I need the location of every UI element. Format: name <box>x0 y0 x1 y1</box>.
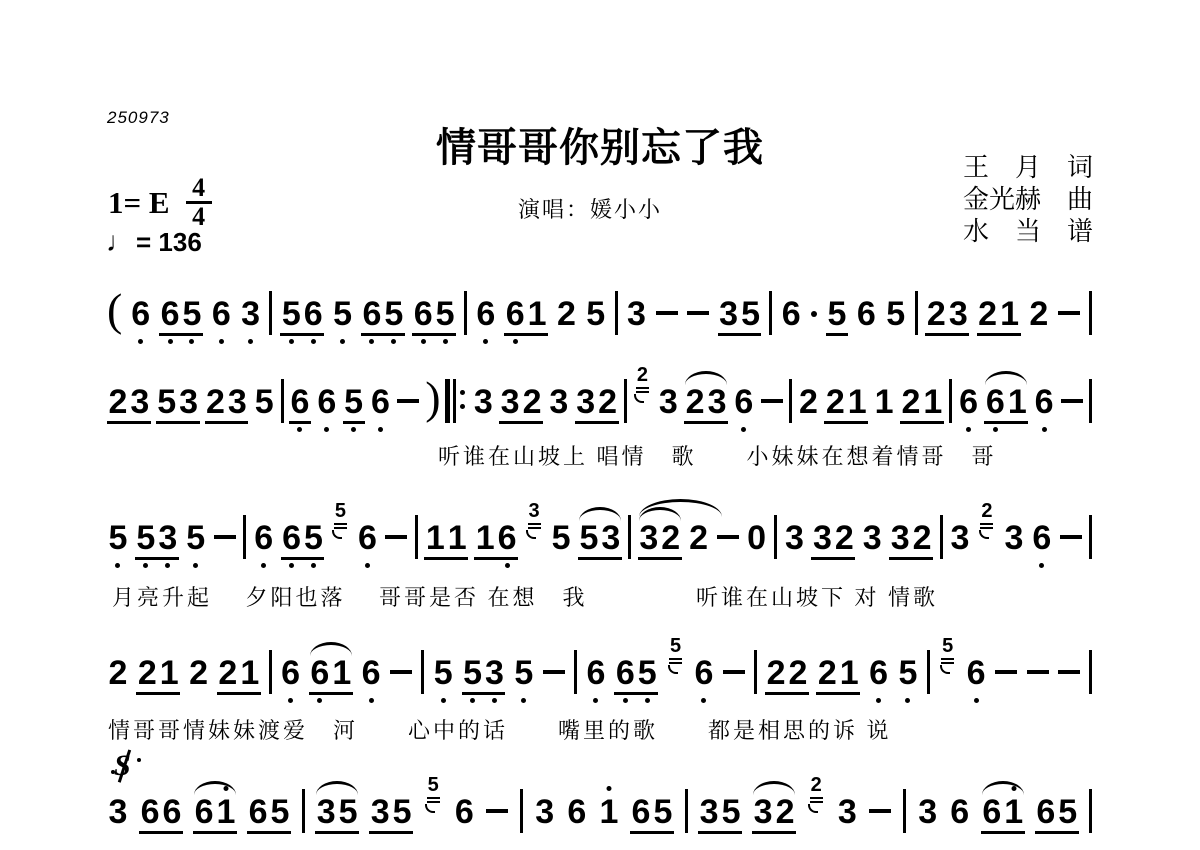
barline <box>280 368 284 434</box>
note-group: 32 <box>499 368 543 434</box>
note: 3 <box>949 504 971 570</box>
octave-dot-below <box>289 339 294 344</box>
barline <box>624 368 628 434</box>
lyrics-line-2: 月亮升起 夕阳也落 哥哥是否 在想 我 听谁在山坡下 对 情歌 <box>112 581 938 612</box>
dash-extension <box>1060 368 1084 434</box>
note: 6 <box>1033 368 1055 434</box>
note: 6 <box>780 280 802 346</box>
octave-dot-below <box>505 563 510 568</box>
note-group: 32 <box>575 368 619 434</box>
note-group: 35 <box>718 280 762 346</box>
note: 5 <box>432 639 454 705</box>
octave-dot-below <box>365 563 370 568</box>
dash-extension <box>994 639 1018 705</box>
note: 6 <box>855 280 877 346</box>
note: 2 <box>107 639 129 705</box>
note-group: 65 <box>159 280 203 346</box>
note: 6 <box>210 280 232 346</box>
note: 6 <box>965 639 987 705</box>
rest: 0 <box>746 504 768 570</box>
note-group: 23 <box>107 368 151 434</box>
octave-dot-below <box>391 339 396 344</box>
octave-dot-below <box>701 698 706 703</box>
barline <box>574 639 578 705</box>
octave-dot-below <box>248 339 253 344</box>
note: 2 <box>188 639 210 705</box>
grace-note: 2 <box>977 504 997 570</box>
octave-dot-below <box>261 563 266 568</box>
note: 5 <box>332 280 354 346</box>
note: 3 <box>784 504 806 570</box>
octave-dot-below <box>1042 427 1047 432</box>
note: 6 <box>289 368 311 434</box>
note-group: 23 <box>925 280 969 346</box>
music-line-1: (66563565656566125335656523212 <box>106 280 1094 346</box>
octave-dot-below <box>168 339 173 344</box>
note-group: 35 <box>315 778 359 844</box>
note-group: 56 <box>280 280 324 346</box>
note-group: 32 <box>889 504 933 570</box>
note: 2 <box>1028 280 1050 346</box>
octave-dot-below <box>189 339 194 344</box>
note-group: 22 <box>765 639 809 705</box>
dash-extension <box>722 639 746 705</box>
note-group: 61 <box>193 778 237 844</box>
lyrics-line-3: 情哥哥情妹妹渡爱 河 心中的话 嘴里的歌 都是相思的诉 说 <box>108 714 892 745</box>
barline <box>914 280 918 346</box>
barline <box>628 504 632 570</box>
octave-dot-below <box>470 698 475 703</box>
grace-note: 5 <box>938 639 958 705</box>
note: 5 <box>897 639 919 705</box>
octave-dot-below <box>378 427 383 432</box>
note: 3 <box>917 778 939 844</box>
barline <box>684 778 688 844</box>
note-group: 21 <box>816 639 860 705</box>
octave-dot-below <box>219 339 224 344</box>
octave-dot-below <box>193 563 198 568</box>
credit-lyricist: 王 月 词 <box>963 152 1093 184</box>
note-group: 53 <box>462 639 506 705</box>
note-group: 21 <box>217 639 261 705</box>
note-group: 53 <box>135 504 179 570</box>
note-group: 21 <box>824 368 868 434</box>
barline <box>301 778 305 844</box>
augmentation-dot <box>810 280 819 346</box>
barline <box>769 280 773 346</box>
tempo-value: = 136 <box>136 227 202 258</box>
dash-extension <box>1026 639 1050 705</box>
octave-dot-below <box>1039 563 1044 568</box>
octave-dot-above <box>223 786 228 791</box>
note: 6 <box>453 778 475 844</box>
note: 6 <box>733 368 755 434</box>
grace-note: 5 <box>330 504 350 570</box>
octave-dot-below <box>143 563 148 568</box>
octave-dot-below <box>297 427 302 432</box>
octave-dot-below <box>369 339 374 344</box>
note: 5 <box>185 504 207 570</box>
octave-dot-below <box>165 563 170 568</box>
note-group: 65 <box>614 639 658 705</box>
barline <box>754 639 758 705</box>
segno-dot <box>111 770 115 774</box>
note: 3 <box>472 368 494 434</box>
note: 6 <box>130 280 152 346</box>
tempo-marking: ♩ = 136 <box>106 226 202 258</box>
note: 5 <box>885 280 907 346</box>
octave-dot-below <box>138 339 143 344</box>
barline <box>939 504 943 570</box>
note: 3 <box>626 280 648 346</box>
octave-dot-below <box>741 427 746 432</box>
note-group: 21 <box>900 368 944 434</box>
octave-dot-below <box>351 427 356 432</box>
performer: 演唱：媛小小 <box>0 193 1180 224</box>
note-group: 65 <box>247 778 291 844</box>
octave-dot-below <box>593 698 598 703</box>
music-line-2: 23532356656)332332232362211216616 <box>106 368 1094 434</box>
music-line-4: 221221661655356655622216556 <box>106 639 1094 705</box>
octave-dot-below <box>369 698 374 703</box>
note: 6 <box>475 280 497 346</box>
lyrics-line-1: 听谁在山坡上 唱情 歌 小妹妹在想着情哥 哥 <box>438 440 997 471</box>
grace-note: 2 <box>806 778 826 844</box>
note: 5 <box>343 368 365 434</box>
note-group: 23 <box>684 368 728 434</box>
note: 6 <box>316 368 338 434</box>
octave-dot-below <box>311 563 316 568</box>
dash-extension <box>716 504 740 570</box>
dash-extension <box>1057 639 1081 705</box>
note-group: 21 <box>977 280 1021 346</box>
open-paren: ( <box>107 280 122 346</box>
grace-note: 3 <box>524 504 544 570</box>
note: 1 <box>598 778 620 844</box>
note: 5 <box>107 504 129 570</box>
note-group: 53 <box>578 504 622 570</box>
dash-extension <box>396 368 420 434</box>
octave-dot-below <box>966 427 971 432</box>
barline <box>269 280 273 346</box>
octave-dot-below <box>317 698 322 703</box>
octave-dot-below <box>288 698 293 703</box>
barline <box>774 504 778 570</box>
note: 3 <box>240 280 262 346</box>
dash-extension <box>389 639 413 705</box>
grace-note: 5 <box>666 639 686 705</box>
octave-dot-below <box>645 698 650 703</box>
octave-dot-below <box>993 427 998 432</box>
barline <box>1089 280 1093 346</box>
octave-dot-below <box>905 698 910 703</box>
barline <box>1089 504 1093 570</box>
note-group: 65 <box>361 280 405 346</box>
note: 6 <box>360 639 382 705</box>
octave-dot-above <box>1011 786 1016 791</box>
note: 5 <box>253 368 275 434</box>
note: 3 <box>657 368 679 434</box>
dash-extension <box>760 368 784 434</box>
barline <box>926 639 930 705</box>
note-group: 32 <box>638 504 682 570</box>
note: 6 <box>1031 504 1053 570</box>
barline <box>949 368 953 434</box>
grace-note: 5 <box>423 778 443 844</box>
dash-extension <box>384 504 408 570</box>
note: 2 <box>798 368 820 434</box>
octave-dot-below <box>492 698 497 703</box>
note: 2 <box>688 504 710 570</box>
note: 5 <box>585 280 607 346</box>
barline <box>789 368 793 434</box>
note: 5 <box>826 280 848 346</box>
dash-extension <box>868 778 892 844</box>
octave-dot-below <box>513 339 518 344</box>
octave-dot-below <box>974 698 979 703</box>
barline <box>1089 639 1093 705</box>
note: 6 <box>958 368 980 434</box>
repeat-begin <box>445 368 467 434</box>
grace-note: 2 <box>632 368 652 434</box>
note-group: 23 <box>205 368 249 434</box>
sheet-music-page: 250973 情哥哥你别忘了我 王 月 词 金光赫 曲 水 当 谱 1= E 4… <box>0 0 1200 850</box>
barline <box>520 778 524 844</box>
note-group: 61 <box>981 778 1025 844</box>
barline <box>463 280 467 346</box>
dash-extension <box>1059 504 1083 570</box>
note-group: 66 <box>139 778 183 844</box>
note: 3 <box>861 504 883 570</box>
octave-dot-below <box>421 339 426 344</box>
octave-dot-below <box>443 339 448 344</box>
note-group: 61 <box>309 639 353 705</box>
octave-dot-below <box>521 698 526 703</box>
note-group: 65 <box>630 778 674 844</box>
note-group: 65 <box>281 504 325 570</box>
segno-dot <box>137 758 141 762</box>
barline <box>614 280 618 346</box>
octave-dot-below <box>115 563 120 568</box>
note: 6 <box>868 639 890 705</box>
barline <box>1089 778 1093 844</box>
note-group: 65 <box>1035 778 1079 844</box>
note: 6 <box>369 368 391 434</box>
octave-dot-below <box>483 339 488 344</box>
dash-extension <box>655 280 679 346</box>
note: 6 <box>693 639 715 705</box>
note: 3 <box>534 778 556 844</box>
octave-dot-below <box>289 563 294 568</box>
barline <box>903 778 907 844</box>
music-line-5: 366616535355636165353223366165 <box>106 778 1094 844</box>
note: 5 <box>513 639 535 705</box>
octave-dot-below <box>324 427 329 432</box>
note-group: 21 <box>136 639 180 705</box>
note-group: 16 <box>474 504 518 570</box>
note-group: 61 <box>504 280 548 346</box>
note: 3 <box>836 778 858 844</box>
dash-extension <box>542 639 566 705</box>
octave-dot-above <box>606 786 611 791</box>
note-group: 32 <box>752 778 796 844</box>
note: 1 <box>873 368 895 434</box>
octave-dot-below <box>311 339 316 344</box>
note: 6 <box>253 504 275 570</box>
octave-dot-below <box>876 698 881 703</box>
note-group: 61 <box>984 368 1028 434</box>
note: 6 <box>356 504 378 570</box>
note: 6 <box>949 778 971 844</box>
dash-extension <box>1057 280 1081 346</box>
note: 6 <box>280 639 302 705</box>
note-group: 11 <box>424 504 468 570</box>
note: 6 <box>585 639 607 705</box>
barline <box>243 504 247 570</box>
note: 3 <box>107 778 129 844</box>
note: 2 <box>555 280 577 346</box>
octave-dot-below <box>441 698 446 703</box>
dash-extension <box>485 778 509 844</box>
note-group: 32 <box>811 504 855 570</box>
note-group: 35 <box>369 778 413 844</box>
barline <box>268 639 272 705</box>
barline <box>1089 368 1093 434</box>
note-group: 53 <box>156 368 200 434</box>
note-group: 35 <box>698 778 742 844</box>
barline <box>421 639 425 705</box>
note-group: 65 <box>412 280 456 346</box>
note: 5 <box>550 504 572 570</box>
octave-dot-below <box>340 339 345 344</box>
barline <box>414 504 418 570</box>
dash-extension <box>213 504 237 570</box>
note: 3 <box>548 368 570 434</box>
quarter-note-icon: ♩ <box>106 226 134 258</box>
close-paren: ) <box>425 368 440 434</box>
note: 6 <box>566 778 588 844</box>
note: 3 <box>1003 504 1025 570</box>
octave-dot-below <box>623 698 628 703</box>
dash-extension <box>686 280 710 346</box>
music-line-3: 5535665561116355332203323323236 <box>106 504 1094 570</box>
